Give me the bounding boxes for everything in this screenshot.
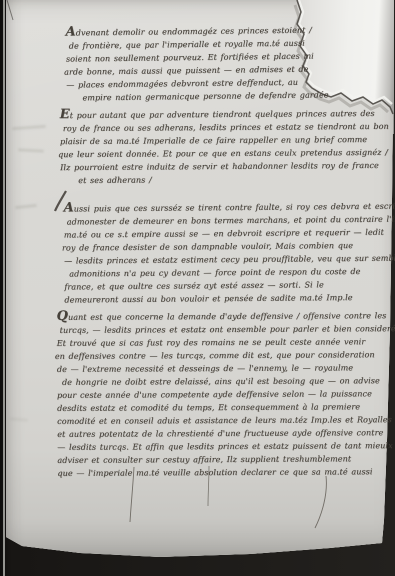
manuscript-line: que — l'imperiale ma.té veuille absoluti… [57, 465, 395, 480]
paragraph: Et pour autant que par adventure tiendro… [60, 106, 389, 187]
paragraph-initial: E [60, 107, 70, 122]
paragraph-initial: A [64, 200, 74, 215]
manuscript-line: et ses adherans / [78, 172, 389, 187]
manuscript-line: Ilz pourroient estre induitz de servir e… [60, 159, 389, 174]
adjacent-page-edge [3, 0, 5, 576]
paragraph-initial: A [66, 24, 76, 39]
paragraph: Aussi puis que ces sursséz se tirent con… [64, 198, 395, 306]
paragraph: Quant est que concerne la demande d'ayde… [57, 308, 395, 480]
paragraph-initial: Q [57, 309, 68, 324]
paragraph: Advenant demolir ou endommagéz ces princ… [66, 22, 329, 104]
manuscript-photo: Advenant demolir ou endommagéz ces princ… [0, 0, 395, 576]
